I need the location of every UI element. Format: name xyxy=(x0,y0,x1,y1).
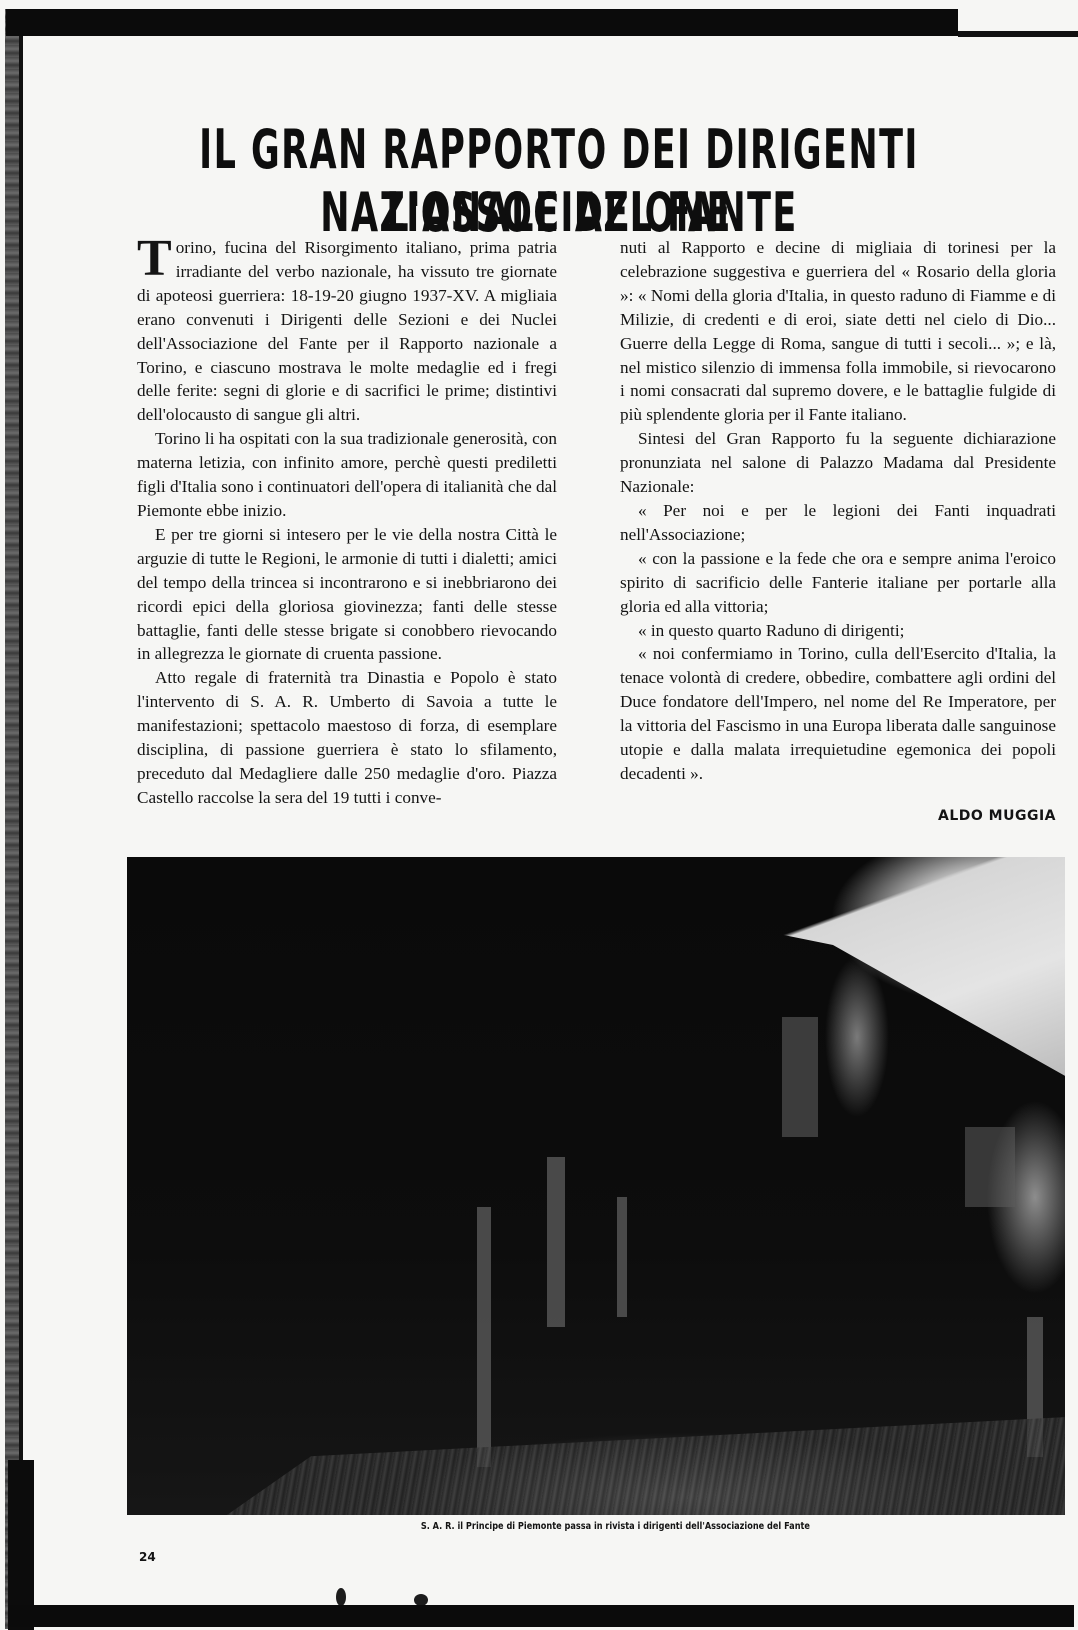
binding-edge-line xyxy=(19,30,23,1615)
photo-figure xyxy=(477,1207,491,1467)
top-scan-border xyxy=(6,9,958,36)
drop-cap: T xyxy=(137,239,172,279)
photo-building-facade xyxy=(782,1017,818,1137)
scan-blemish xyxy=(336,1588,346,1606)
article-column-right: nuti al Rapporto e decine di migliaia di… xyxy=(620,236,1056,786)
photo-building-facade xyxy=(965,1127,1015,1207)
photo-caption: S. A. R. il Principe di Piemonte passa i… xyxy=(280,1521,951,1532)
paragraph: Sintesi del Gran Rapporto fu la seguente… xyxy=(620,427,1056,499)
article-title-line-2: NAZIONALE DEL FANTE xyxy=(185,181,932,244)
paragraph: « Per noi e per le legioni dei Fanti inq… xyxy=(620,499,1056,547)
paragraph: Torino li ha ospitati con la sua tradizi… xyxy=(137,427,557,523)
photo-ground xyxy=(227,1417,1065,1515)
top-scan-line xyxy=(958,31,1078,37)
paragraph: Atto regale di fraternità tra Dinastia e… xyxy=(137,666,557,809)
author-signature: ALDO MUGGIA xyxy=(780,808,1056,824)
bottom-scan-border xyxy=(8,1605,1074,1627)
photo-figure xyxy=(547,1157,565,1327)
paragraph: « con la passione e la fede che ora e se… xyxy=(620,547,1056,619)
paragraph: Torino, fucina del Risorgimento italiano… xyxy=(137,236,557,427)
article-photo xyxy=(127,857,1065,1515)
page-number: 24 xyxy=(139,1550,156,1564)
paragraph-text: orino, fucina del Risorgimento italiano,… xyxy=(137,238,557,424)
article-column-left: Torino, fucina del Risorgimento italiano… xyxy=(137,236,557,810)
paragraph: E per tre giorni si intesero per le vie … xyxy=(137,523,557,666)
photo-figure xyxy=(617,1197,627,1317)
paragraph: « noi confermiamo in Torino, culla dell'… xyxy=(620,642,1056,785)
paragraph: « in questo quarto Raduno di dirigenti; xyxy=(620,619,1056,643)
paragraph: nuti al Rapporto e decine di migliaia di… xyxy=(620,236,1056,427)
